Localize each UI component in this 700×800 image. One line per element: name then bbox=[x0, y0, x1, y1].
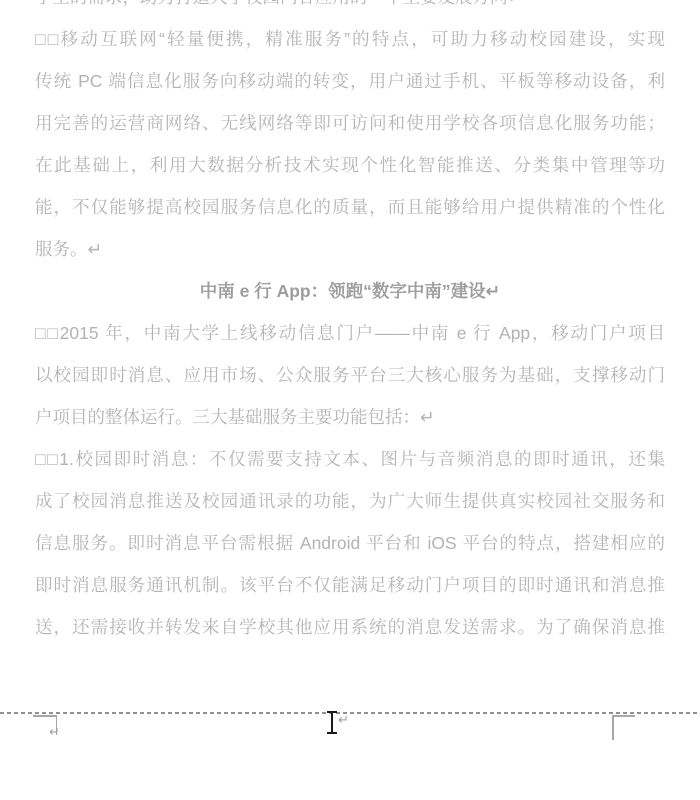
document-heading[interactable]: 中南 e 行 App：领跑“数字中南”建设↵ bbox=[35, 270, 665, 312]
return-mark-caret-line: ↵ bbox=[338, 714, 349, 727]
text-line[interactable]: 传统 PC 端信息化服务向移动端的转变，用户通过手机、平板等移动设备，利 bbox=[35, 60, 665, 102]
page-corner-mark-right-horizontal bbox=[612, 715, 635, 717]
text-i-beam-cursor-icon bbox=[326, 711, 338, 735]
document-page: 学生的需求，助力打造大学校园内各应用的一个主要发展方向↵ □□移动互联网“轻量便… bbox=[0, 0, 700, 800]
text-line-paragraph-end[interactable]: 户项目的整体运行。三大基础服务主要功能包括：↵ bbox=[35, 396, 665, 438]
text-line-paragraph-end[interactable]: 服务。↵ bbox=[35, 228, 665, 270]
text-line[interactable]: □□1.校园即时消息：不仅需要支持文本、图片与音频消息的即时通讯，还集 bbox=[35, 438, 665, 480]
i-beam-bottom-serif bbox=[327, 732, 337, 734]
text-line[interactable]: 成了校园消息推送及校园通讯录的功能，为广大师生提供真实校园社交服务和 bbox=[35, 480, 665, 522]
document-text-area[interactable]: 学生的需求，助力打造大学校园内各应用的一个主要发展方向↵ □□移动互联网“轻量便… bbox=[35, 0, 665, 648]
text-line[interactable]: 用完善的运营商网络、无线网络等即可访问和使用学校各项信息化服务功能； bbox=[35, 102, 665, 144]
text-line[interactable]: 即时消息服务通讯机制。该平台不仅能满足移动门户项目的即时通讯和消息推 bbox=[35, 564, 665, 606]
text-line[interactable]: 在此基础上，利用大数据分析技术实现个性化智能推送、分类集中管理等功 bbox=[35, 144, 665, 186]
return-mark-next-page-left: ↵ bbox=[49, 726, 60, 739]
text-line[interactable]: 信息服务。即时消息平台需根据 Android 平台和 iOS 平台的特点，搭建相… bbox=[35, 522, 665, 564]
page-corner-mark-left-horizontal bbox=[33, 715, 57, 717]
text-line-clipped[interactable]: 学生的需求，助力打造大学校园内各应用的一个主要发展方向↵ bbox=[35, 0, 665, 18]
text-line[interactable]: 能，不仅能够提高校园服务信息化的质量，而且能够给用户提供精准的个性化 bbox=[35, 186, 665, 228]
text-line[interactable]: □□2015 年，中南大学上线移动信息门户——中南 e 行 App，移动门户项目 bbox=[35, 312, 665, 354]
page-boundary-dashed-line bbox=[0, 712, 700, 714]
page-corner-mark-right-vertical bbox=[612, 715, 614, 740]
text-line[interactable]: □□移动互联网“轻量便携，精准服务”的特点，可助力移动校园建设，实现 bbox=[35, 18, 665, 60]
i-beam-stem bbox=[331, 711, 333, 734]
text-line[interactable]: 送，还需接收并转发来自学校其他应用系统的消息发送需求。为了确保消息推 bbox=[35, 606, 665, 648]
text-line[interactable]: 以校园即时消息、应用市场、公众服务平台三大核心服务为基础，支撑移动门 bbox=[35, 354, 665, 396]
